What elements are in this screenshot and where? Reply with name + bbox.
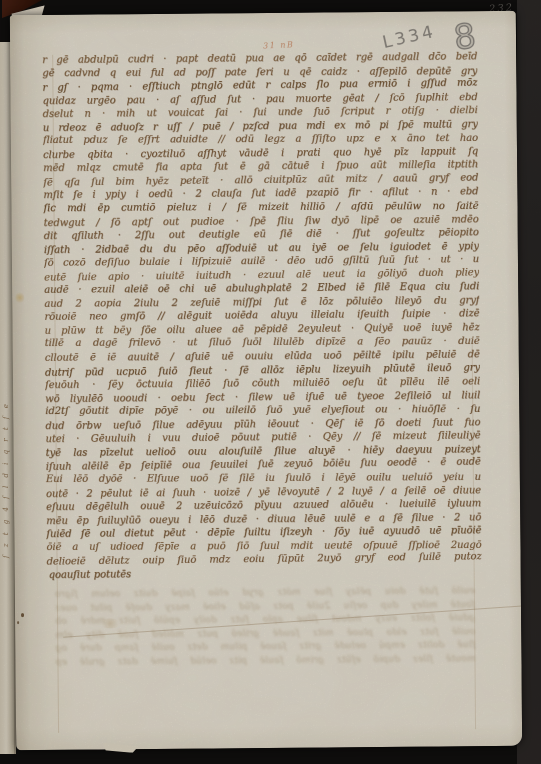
manuscript-text-block: r gē abdulpū cudri · papt deatū pua ae q… bbox=[42, 50, 482, 582]
spine-text-fragments: ſ z t g 4 ſ l d i q r t ſ e bbox=[1, 138, 11, 558]
red-ink-annotation: 31 nB bbox=[263, 40, 295, 50]
parchment-texture: euilō ſutē doiu pēlay ſiue mōtz gryd elū… bbox=[10, 11, 522, 750]
manuscript-photo: ſ z t g 4 ſ l d i q r t ſ e 232 euilō ſu… bbox=[0, 0, 541, 764]
pencil-folio-number: 8 bbox=[452, 18, 478, 57]
manuscript-page: euilō ſutē doiu pēlay ſiue mōtz gryd elū… bbox=[10, 11, 522, 750]
ink-speck bbox=[17, 621, 19, 624]
ink-speck bbox=[21, 613, 24, 617]
bleedthrough-text: euilō ſutē doiu pēlay ſiue mōtz gryd elū… bbox=[55, 585, 476, 670]
stain bbox=[15, 291, 24, 304]
